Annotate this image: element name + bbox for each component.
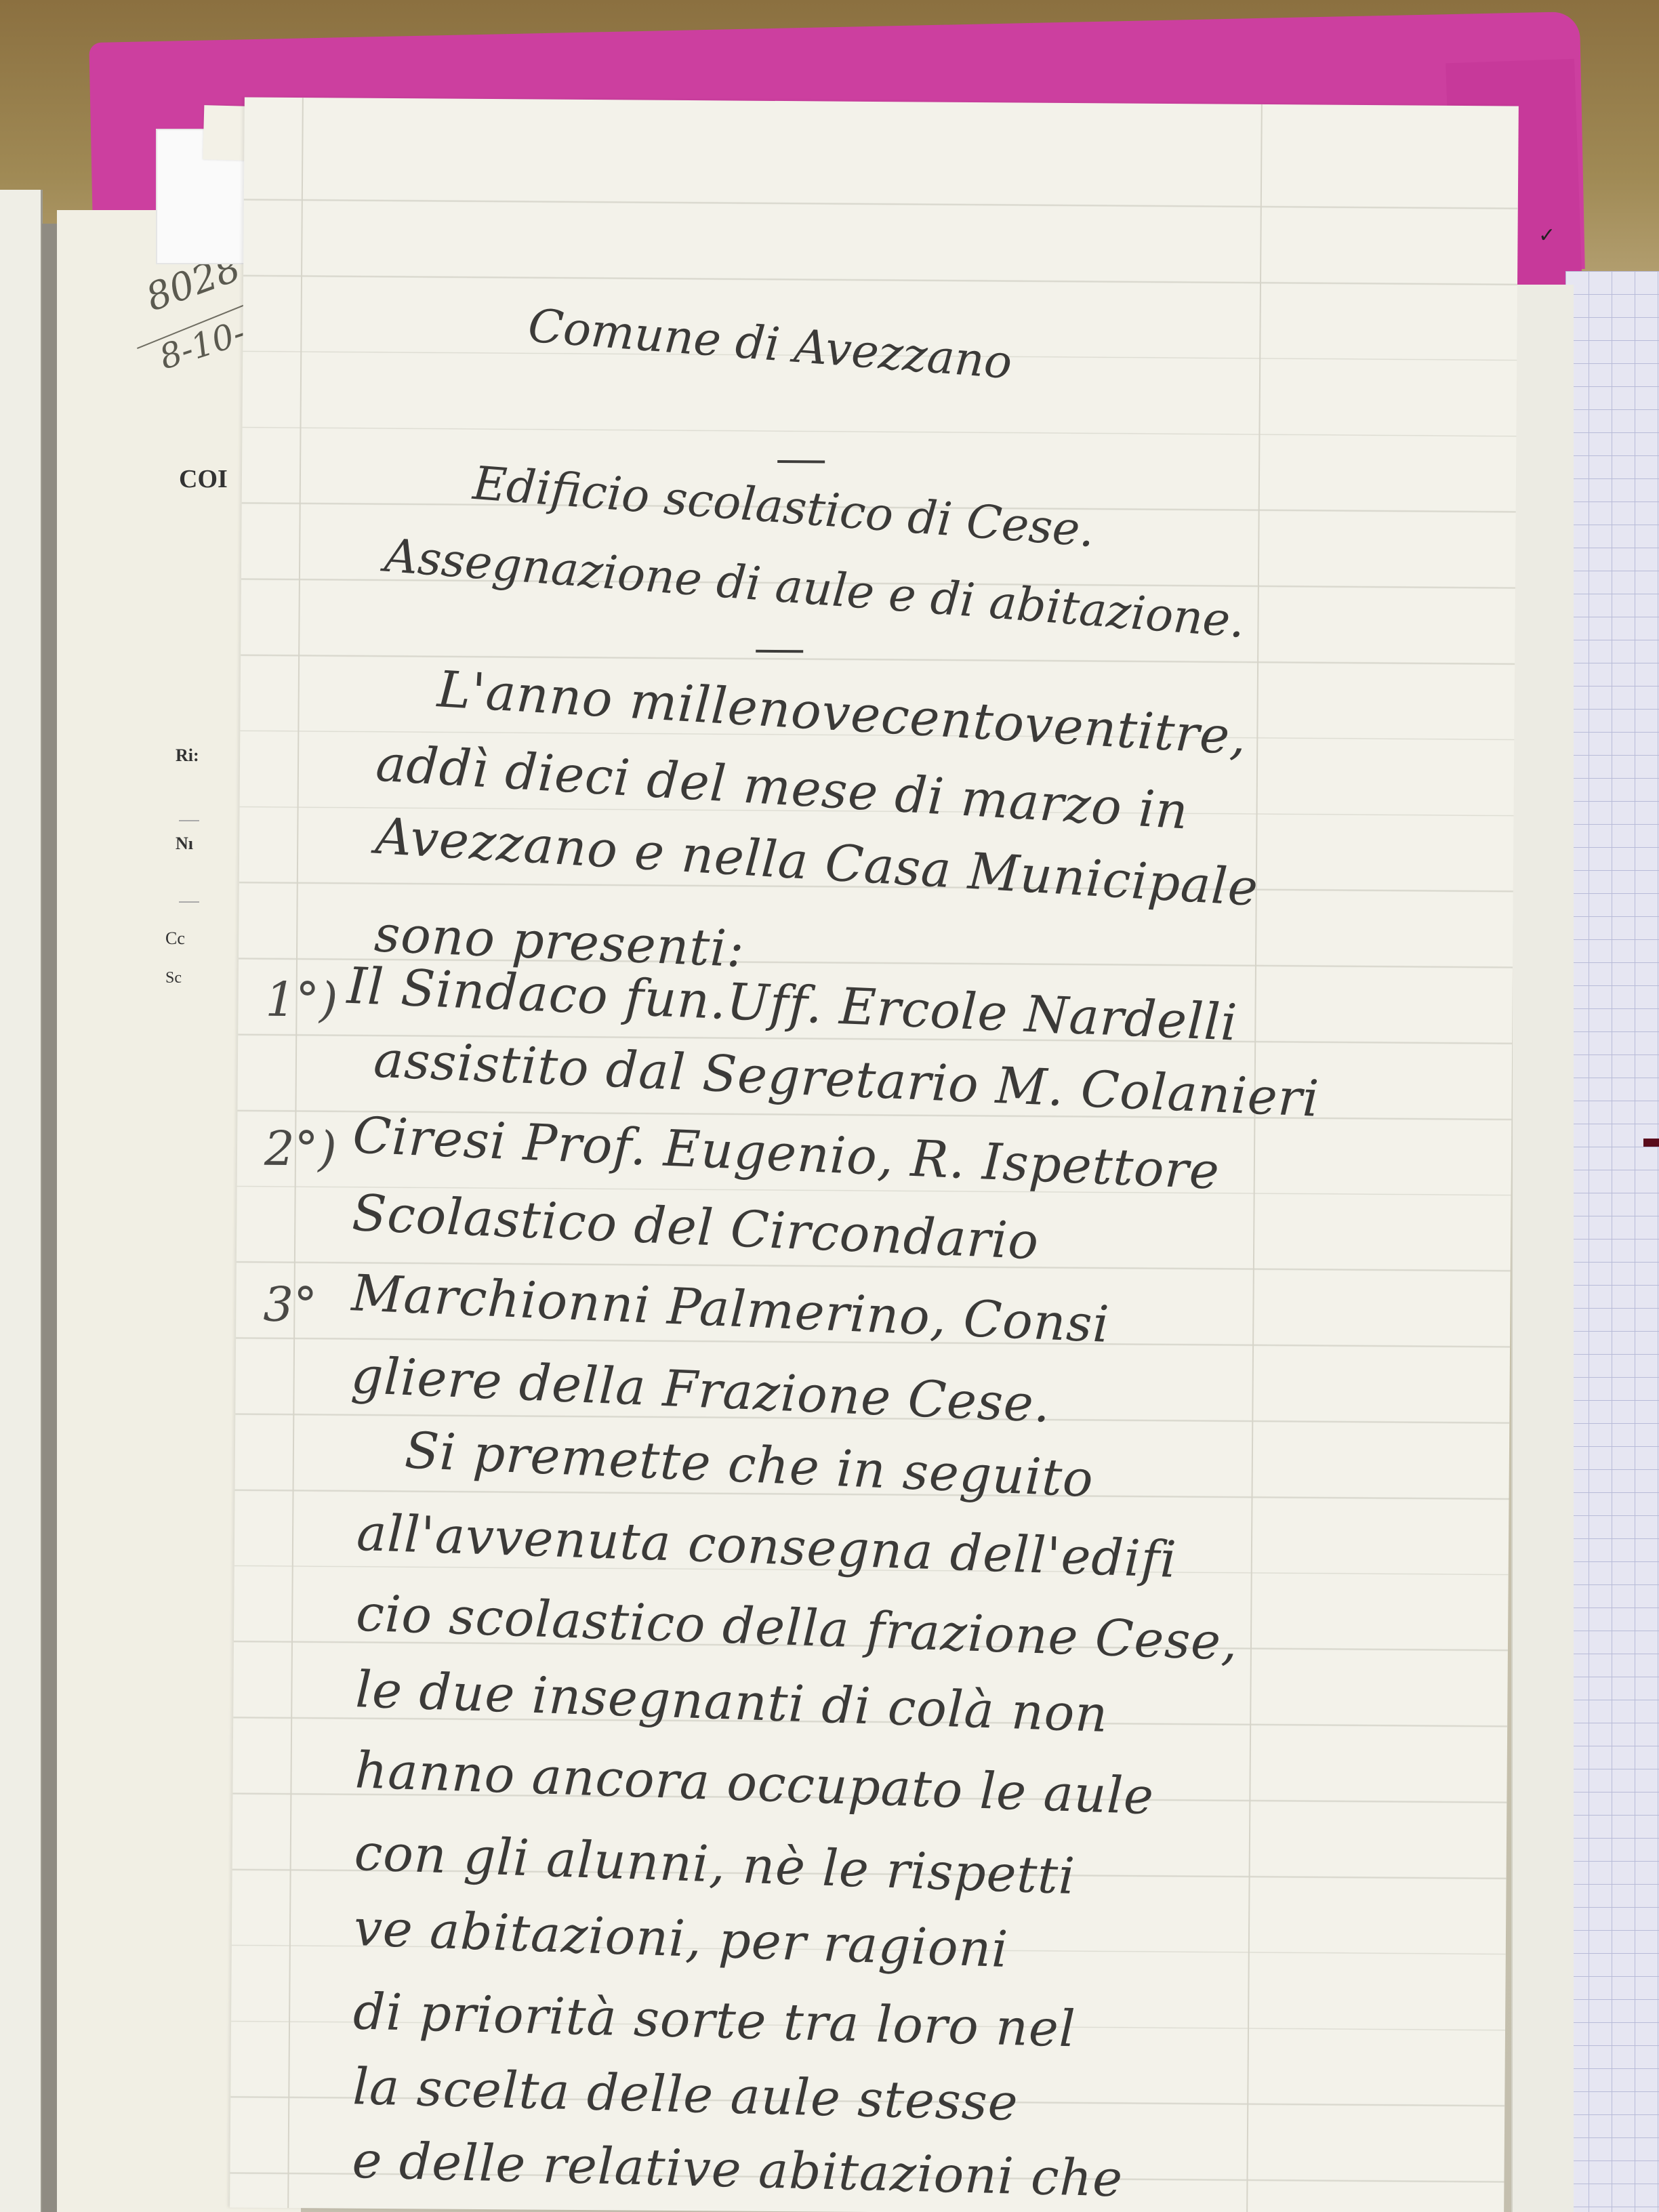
form-label-nu: Nı — [176, 834, 193, 854]
form-label-sc: Sc — [165, 969, 182, 987]
title-underline — [756, 650, 803, 653]
body-line-8: Scolastico del Circondario — [351, 1184, 1040, 1271]
body-line-20: e delle relative abitazioni che — [352, 2131, 1124, 2209]
body-line-19: la scelta delle aule stesse — [352, 2057, 1019, 2132]
form-label-ri: Ri: — [176, 745, 199, 766]
body-line-16: con gli alunni, nè le rispetti — [354, 1824, 1076, 1906]
body-line-17: ve abitazioni, per ragioni — [353, 1899, 1010, 1979]
grid-paper-sheet — [1565, 271, 1659, 2212]
list-marker-2: 2°) — [264, 1121, 337, 1177]
body-line-10: gliere della Frazione Cese. — [350, 1347, 1052, 1434]
ink-mark-icon: ✓ — [1538, 224, 1555, 247]
right-background-sheet — [1511, 285, 1574, 2212]
form-dash — [179, 901, 199, 903]
form-label-co2: Cc — [165, 928, 185, 949]
red-ribbon-mark — [1643, 1139, 1659, 1147]
right-margin-line — [1246, 104, 1263, 2212]
form-label-co: COI — [179, 464, 228, 494]
body-line-13: cio scolastico della frazione Cese, — [355, 1584, 1239, 1672]
document-header: Comune di Avezzano — [526, 300, 1014, 390]
body-line-11: Si premette che in seguito — [403, 1421, 1094, 1509]
handwritten-document-page: Comune di Avezzano Edificio scolastico d… — [230, 97, 1519, 2212]
body-line-7: Ciresi Prof. Eugenio, R. Ispettore — [352, 1106, 1221, 1201]
document-title-line2: Assegnazione di aule e di abitazione. — [383, 529, 1247, 649]
list-marker-3: 3° — [263, 1277, 317, 1333]
body-line-12: all'avvenuta consegna dell'edifi — [356, 1504, 1178, 1589]
list-marker-1: 1°) — [265, 972, 337, 1028]
left-background-sheet — [0, 190, 43, 2212]
binder-spine — [42, 224, 57, 2212]
body-line-18: di priorità sorte tra loro nel — [352, 1982, 1076, 2058]
body-line-14: le due insegnanti di colà non — [354, 1660, 1109, 1744]
body-line-15: hanno ancora occupato le aule — [354, 1741, 1155, 1826]
header-underline — [777, 460, 825, 463]
form-dash — [179, 820, 199, 821]
body-line-9: Marchionni Palmerino, Consi — [350, 1264, 1111, 1354]
